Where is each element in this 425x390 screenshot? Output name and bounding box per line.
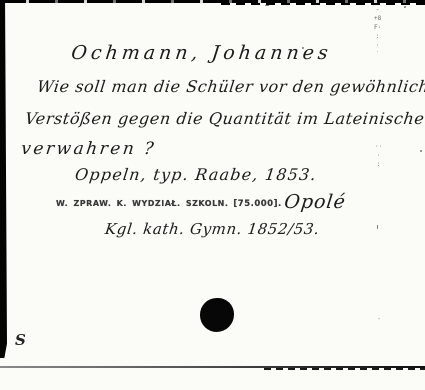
margin-marks-low: ¨ [377,317,381,326]
title-line-1: Wie soll man die Schüler vor den gewöhnl… [36,77,425,96]
stamp-number: [75.000]. [233,199,281,209]
author-heading: Ochmann, Johannes [70,42,333,64]
institution-line: Kgl. kath. Gymn. 1852/53. [104,220,321,238]
card-bottom-edge [0,366,425,368]
stamp-text: W. ZPRAW. K. WYDZIAŁ. SZKOLN. [56,199,228,208]
place-annotation: Opolé [283,191,347,213]
noise-speck [404,6,406,8]
noise-speck [265,5,269,6]
title-line-3: verwahren ? [20,139,157,159]
accession-stamp: W. ZPRAW. K. WYDZIAŁ. SZKOLN. [75.000]. [56,199,282,209]
margin-marks-top: - +8 F· : · ˙ [374,5,381,59]
noise-speck [302,47,304,49]
scan-left-edge [0,0,7,358]
scan-top-edge [0,0,425,3]
imprint-line: Oppeln, typ. Raabe, 1853. [74,165,318,184]
punch-hole [200,298,234,332]
margin-marks-mid: ·· · : [375,142,382,169]
noise-speck [377,225,378,229]
shelf-mark: S [15,331,26,349]
title-line-2: Verstößen gegen die Quantität im Lateini… [24,109,425,128]
noise-speck [420,150,422,152]
scanned-catalog-card: Ochmann, Johannes Wie soll man die Schül… [0,0,425,390]
